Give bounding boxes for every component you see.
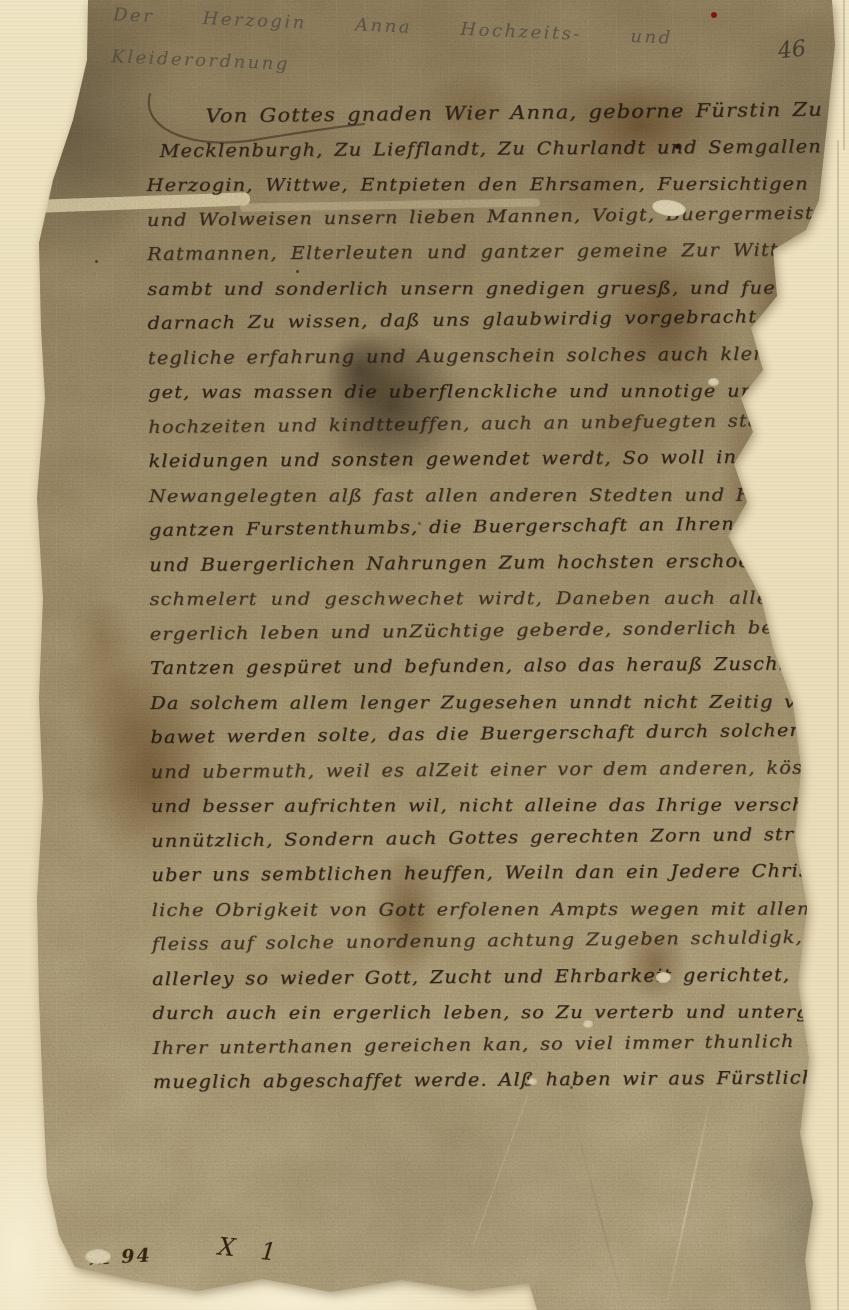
- grain-overlay: [0, 0, 849, 1310]
- manuscript-sheet: Der Herzogin Anna Hochzeits- und Kleider…: [0, 0, 849, 1310]
- paper-chip: [753, 540, 767, 551]
- page-container: Der Herzogin Anna Hochzeits- und Kleider…: [0, 0, 849, 1310]
